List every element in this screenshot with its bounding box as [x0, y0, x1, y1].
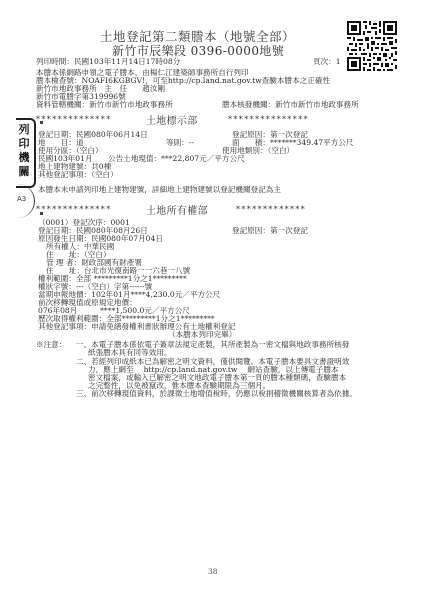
land-section-heading: 土地標示部 — [146, 112, 198, 127]
page-indicator: 頁次：1 — [313, 58, 341, 67]
section-divider-left: ************** — [36, 115, 112, 124]
print-end: （本謄本列印完畢） — [168, 331, 236, 340]
section-divider-left: ************** — [36, 205, 112, 214]
side-circle-mark: A3 — [14, 184, 35, 218]
land-remark: 本謄本未申請列印地上建物建號，詳細地上建物建號以登記機關登記為主 — [38, 186, 281, 195]
qr-code-icon — [346, 21, 398, 71]
side-stamp-text: 列印機關 — [17, 123, 31, 179]
owner-reg-reason: 登記原因：第一次登記 — [232, 227, 308, 236]
bullet-dot — [40, 121, 43, 124]
note-3: 三、前次移轉現值資料，於課徵土地增值稅時，仍應以稅捐稽徵機關核算者為依據。 — [76, 390, 357, 399]
side-stamp-tag: 列印機關 — [16, 118, 36, 188]
side-circle-label: A3 — [17, 195, 26, 203]
print-time: 列印時間：民國103年11月14日17時08分 — [36, 58, 180, 67]
page-number: 38 — [208, 567, 218, 576]
bullet-dot — [40, 212, 43, 215]
land-other: 其他登記事項：（空白） — [38, 171, 118, 180]
owner-section-heading: 土地所有權部 — [146, 202, 208, 217]
issue-office: 謄本核發機關：新竹市新竹市地政事務所 — [222, 101, 359, 110]
data-office: 資料管轄機關：新竹市新竹市地政事務所 — [36, 101, 173, 110]
notes-label: ※注意： — [36, 341, 66, 350]
section-divider-right: ************* — [236, 205, 306, 214]
section-divider-right: *************** — [228, 115, 309, 124]
land-grade: 等則：-- — [166, 139, 194, 148]
land-announced-value: 公告土地現值：***22,807元／平方公尺 — [108, 155, 245, 164]
